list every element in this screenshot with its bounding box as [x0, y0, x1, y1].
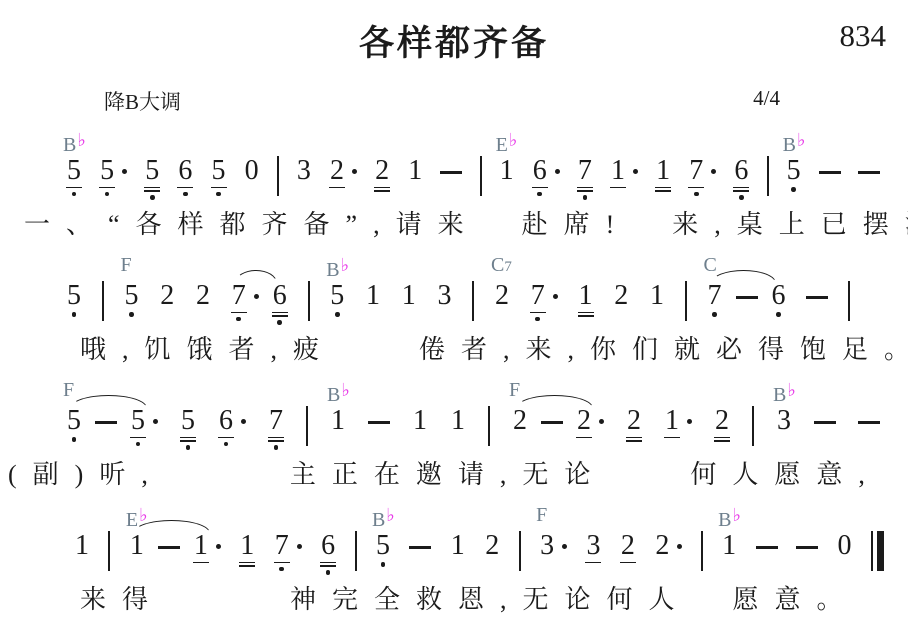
- chord-root: B: [63, 134, 76, 156]
- duration-underline: [268, 440, 284, 442]
- note-digit: 1: [665, 408, 679, 434]
- duration-dash: [819, 171, 841, 174]
- barline: [355, 531, 357, 571]
- duration-dash: [806, 296, 828, 299]
- note-stack: 6: [218, 408, 234, 446]
- note-stack: 7: [707, 283, 723, 317]
- note-digit: 5: [125, 283, 139, 309]
- note-digit: 1: [579, 283, 593, 309]
- augmentation-dot: [352, 169, 357, 174]
- note: 2: [620, 533, 636, 563]
- flat-icon: ♭: [77, 130, 86, 150]
- note-digit: 7: [232, 283, 246, 309]
- note-digit: 5: [67, 283, 81, 309]
- note-stack: 3: [437, 283, 453, 309]
- hymn-sheet-page: 各样都齐备 834 降B大调 4/4 B♭5556503221E♭1671176…: [0, 0, 908, 639]
- note-digit: 7: [689, 158, 703, 184]
- note-digit: 7: [269, 408, 283, 434]
- note-digit: 7: [578, 158, 592, 184]
- duration-dash: [736, 296, 758, 299]
- duration-dash: [158, 546, 180, 549]
- slur-group: F55: [66, 408, 158, 446]
- chord-symbol: B♭: [372, 505, 395, 530]
- low-octave-dot: [279, 567, 284, 572]
- duration-underline: [239, 565, 255, 567]
- duration-dash: [95, 421, 117, 424]
- note: 6: [771, 283, 787, 317]
- note-stack: 2: [576, 408, 592, 438]
- note-digit: 5: [145, 158, 159, 184]
- note-stack: 5: [375, 533, 391, 567]
- note: 1: [450, 408, 466, 434]
- duration-underline: [578, 315, 594, 317]
- low-octave-dot: [72, 192, 77, 197]
- augmentation-dot: [599, 419, 604, 424]
- note-digit: 1: [331, 408, 345, 434]
- note-digit: 3: [540, 533, 554, 559]
- note-digit: 3: [297, 158, 311, 184]
- chord-symbol: B♭: [63, 130, 86, 155]
- duration-underline: [268, 437, 284, 439]
- note: 3: [585, 533, 601, 563]
- note-digit: 2: [715, 408, 729, 434]
- note-stack: 1: [412, 408, 428, 434]
- augmentation-dot: [553, 294, 558, 299]
- duration-underline: [530, 312, 546, 314]
- note: 0: [836, 533, 852, 559]
- note-stack: 7: [577, 158, 593, 200]
- note: 1: [193, 533, 221, 563]
- duration-dash: [796, 546, 818, 549]
- barline: [306, 406, 308, 446]
- note-digit: 1: [413, 408, 427, 434]
- note-stack: 0: [244, 158, 260, 184]
- duration-underline: [664, 437, 680, 439]
- note: B♭5: [786, 158, 802, 192]
- final-barline: [871, 531, 884, 571]
- note: C7: [707, 283, 723, 317]
- note-stack: 1: [239, 533, 255, 567]
- duration-underline: [180, 437, 196, 439]
- low-octave-dot: [776, 312, 781, 317]
- note-digit: 6: [772, 283, 786, 309]
- hymn-number: 834: [840, 18, 887, 54]
- note-stack: 1: [129, 533, 145, 563]
- low-octave-dot: [326, 570, 331, 575]
- note-digit: 6: [273, 283, 287, 309]
- low-octave-dot: [129, 312, 134, 317]
- flat-icon: ♭: [509, 130, 518, 150]
- chord-symbol: B♭: [327, 380, 350, 405]
- note-digit: 0: [245, 158, 259, 184]
- note-digit: 1: [500, 158, 514, 184]
- chord-root: B: [718, 509, 731, 531]
- note: 6: [177, 158, 193, 196]
- note-stack: 3: [585, 533, 601, 563]
- barline: [277, 156, 279, 196]
- note: 1: [655, 158, 671, 192]
- duration-underline: [714, 440, 730, 442]
- chord-symbol: F: [121, 255, 132, 275]
- note-digit: 2: [375, 158, 389, 184]
- duration-underline: [688, 187, 704, 189]
- note: F2: [512, 408, 528, 438]
- note-stack: 2: [714, 408, 730, 442]
- note-stack: 6: [320, 533, 336, 575]
- note-digit: 2: [614, 283, 628, 309]
- note-digit: 5: [787, 158, 801, 184]
- low-octave-dot: [216, 192, 221, 197]
- barline: [767, 156, 769, 196]
- note-digit: 1: [240, 533, 254, 559]
- music-systems: B♭5556503221E♭1671176B♭5一、“各样都齐备”,请来 赴席!…: [0, 128, 908, 628]
- note-stack: 5: [144, 158, 160, 200]
- note-digit: 1: [656, 158, 670, 184]
- chord-root: F: [121, 254, 132, 276]
- note-stack: 1: [401, 283, 417, 309]
- flat-icon: ♭: [341, 255, 350, 275]
- chord-symbol: B♭: [326, 255, 349, 280]
- note: C72: [494, 283, 510, 309]
- page-title: 各样都齐备: [0, 16, 908, 66]
- barline: [752, 406, 754, 446]
- augmentation-dot: [122, 169, 127, 174]
- lyrics-row: 哦,饥饿者,疲 倦者,来,你们就必得饱足。: [80, 334, 908, 366]
- barline: [480, 156, 482, 196]
- note-stack: 5: [66, 283, 82, 317]
- duration-underline: [274, 562, 290, 564]
- duration-underline: [577, 190, 593, 192]
- note: 7: [688, 158, 716, 196]
- note: 5: [144, 158, 160, 200]
- note-digit: 3: [777, 408, 791, 434]
- note: B♭5: [375, 533, 391, 567]
- low-octave-dot: [535, 317, 540, 322]
- note-digit: 5: [67, 408, 81, 434]
- duration-dash: [440, 171, 462, 174]
- note-stack: 7: [231, 283, 247, 325]
- low-octave-dot: [105, 192, 110, 197]
- note: 2: [714, 408, 730, 442]
- duration-underline: [577, 187, 593, 189]
- duration-underline: [626, 437, 642, 439]
- note-digit: 1: [451, 408, 465, 434]
- note: 1: [407, 158, 423, 184]
- note-stack: 5: [66, 158, 82, 196]
- note-stack: 1: [499, 158, 515, 184]
- note: 5: [130, 408, 158, 446]
- barline: [701, 531, 703, 571]
- note-digit: 2: [513, 408, 527, 434]
- note-digit: 2: [160, 283, 174, 309]
- note-stack: 1: [450, 408, 466, 434]
- note: 5: [66, 283, 82, 317]
- flat-icon: ♭: [797, 130, 806, 150]
- barline: [488, 406, 490, 446]
- note-digit: 1: [408, 158, 422, 184]
- chord-root: C: [491, 254, 504, 276]
- augmentation-dot: [241, 419, 246, 424]
- note: 5: [99, 158, 127, 196]
- duration-underline: [193, 562, 209, 564]
- chord-root: E: [126, 509, 138, 531]
- note: 2: [374, 158, 390, 192]
- note-digit: 3: [438, 283, 452, 309]
- duration-underline: [714, 437, 730, 439]
- note-digit: 2: [577, 408, 591, 434]
- duration-underline: [626, 440, 642, 442]
- note: 1: [664, 408, 692, 438]
- duration-underline: [218, 437, 234, 439]
- note-digit: 2: [485, 533, 499, 559]
- note-digit: 1: [451, 533, 465, 559]
- augmentation-dot: [297, 544, 302, 549]
- note: F5: [124, 283, 140, 317]
- note-digit: 6: [321, 533, 335, 559]
- notation-row: 1E♭11176B♭512F3322B♭10: [74, 503, 884, 575]
- duration-underline: [130, 437, 146, 439]
- augmentation-dot: [153, 419, 158, 424]
- duration-underline: [239, 562, 255, 564]
- note: 6: [320, 533, 336, 575]
- note-stack: 5: [786, 158, 802, 192]
- note-digit: 7: [708, 283, 722, 309]
- note: 2: [613, 283, 629, 309]
- note-stack: 1: [365, 283, 381, 309]
- note: 2: [195, 283, 211, 309]
- low-octave-dot: [712, 312, 717, 317]
- low-octave-dot: [136, 442, 141, 447]
- duration-underline: [733, 187, 749, 189]
- note-digit: 7: [275, 533, 289, 559]
- chord-symbol: C: [704, 255, 717, 275]
- duration-dash: [368, 421, 390, 424]
- note-digit: 1: [722, 533, 736, 559]
- low-octave-dot: [224, 442, 229, 447]
- duration-dash: [858, 421, 880, 424]
- note-stack: 1: [330, 408, 346, 434]
- note-digit: 2: [330, 158, 344, 184]
- notation-row: 5F52276B♭5113C727121C76: [66, 253, 850, 325]
- note-digit: 2: [655, 533, 669, 559]
- note: B♭1: [330, 408, 346, 434]
- note-digit: 3: [586, 533, 600, 559]
- duration-dash: [541, 421, 563, 424]
- duration-underline: [99, 187, 115, 189]
- low-octave-dot: [381, 562, 386, 567]
- duration-underline: [585, 562, 601, 564]
- duration-dash: [814, 421, 836, 424]
- note-stack: 5: [130, 408, 146, 446]
- augmentation-dot: [677, 544, 682, 549]
- note: B♭5: [66, 158, 82, 196]
- note-stack: 6: [771, 283, 787, 317]
- chord-symbol: C7: [491, 255, 512, 277]
- note-digit: 6: [734, 158, 748, 184]
- flat-icon: ♭: [733, 505, 742, 525]
- barline: [472, 281, 474, 321]
- note: 2: [329, 158, 357, 188]
- duration-dash: [858, 171, 880, 174]
- chord-root: B: [773, 384, 786, 406]
- note-digit: 5: [330, 283, 344, 309]
- duration-underline: [180, 440, 196, 442]
- note-digit: 2: [627, 408, 641, 434]
- barline: [519, 531, 521, 571]
- note-stack: 1: [193, 533, 209, 563]
- notation-row: F55567B♭111F22212B♭3: [66, 378, 880, 450]
- chord-symbol: F: [63, 380, 74, 400]
- duration-underline: [66, 187, 82, 189]
- low-octave-dot: [739, 195, 744, 200]
- flat-icon: ♭: [341, 380, 350, 400]
- lyrics-row: 一、“各样都齐备”,请来 赴席! 来,桌上已摆满美物;: [24, 209, 908, 241]
- note-digit: 1: [402, 283, 416, 309]
- note-stack: 3: [776, 408, 792, 434]
- note-digit: 1: [130, 533, 144, 559]
- final-thick-line: [877, 531, 884, 571]
- note-digit: 6: [219, 408, 233, 434]
- slur-group: E♭11: [129, 533, 221, 563]
- augmentation-dot: [562, 544, 567, 549]
- note-stack: 2: [512, 408, 528, 438]
- chord-root: E: [496, 134, 508, 156]
- note: 5: [180, 408, 196, 450]
- note: 7: [530, 283, 558, 321]
- chord-root: C: [704, 254, 717, 276]
- note-stack: 2: [494, 283, 510, 309]
- chord-number: 7: [504, 259, 512, 275]
- final-thin-line: [871, 531, 873, 571]
- chord-symbol: B♭: [718, 505, 741, 530]
- note-stack: 1: [74, 533, 90, 559]
- system-line-2: 5F52276B♭5113C727121C76哦,饥饿者,疲 倦者,来,你们就必…: [0, 253, 908, 378]
- note-stack: 7: [268, 408, 284, 450]
- barline: [108, 531, 110, 571]
- note-stack: 2: [654, 533, 670, 559]
- note: 5: [211, 158, 227, 196]
- slur-group: C76: [707, 283, 787, 317]
- low-octave-dot: [335, 312, 340, 317]
- note: 1: [649, 283, 665, 309]
- note-stack: 1: [664, 408, 680, 438]
- note-digit: 5: [67, 158, 81, 184]
- chord-symbol: B♭: [773, 380, 796, 405]
- duration-underline: [144, 190, 160, 192]
- note-stack: 6: [177, 158, 193, 196]
- augmentation-dot: [687, 419, 692, 424]
- duration-underline: [329, 187, 345, 189]
- note-stack: 5: [124, 283, 140, 317]
- key-signature: 降B大调: [104, 86, 181, 116]
- note: B♭5: [329, 283, 345, 317]
- chord-root: B: [326, 259, 339, 281]
- note-stack: 5: [180, 408, 196, 450]
- note-stack: 2: [329, 158, 345, 188]
- augmentation-dot: [711, 169, 716, 174]
- low-octave-dot: [236, 317, 241, 322]
- duration-underline: [655, 190, 671, 192]
- note: B♭1: [721, 533, 737, 559]
- note: 7: [231, 283, 259, 325]
- note-digit: 7: [531, 283, 545, 309]
- note-digit: 6: [533, 158, 547, 184]
- note-digit: 1: [194, 533, 208, 559]
- low-octave-dot: [72, 312, 77, 317]
- chord-root: F: [63, 379, 74, 401]
- note-digit: 5: [181, 408, 195, 434]
- low-octave-dot: [183, 192, 188, 197]
- barline: [308, 281, 310, 321]
- slur-group: 76: [231, 283, 288, 325]
- duration-underline: [610, 187, 626, 189]
- augmentation-dot: [216, 544, 221, 549]
- note-stack: 0: [836, 533, 852, 559]
- note-stack: 5: [99, 158, 115, 196]
- note-stack: 2: [374, 158, 390, 192]
- note-stack: 6: [733, 158, 749, 200]
- note: 0: [244, 158, 260, 184]
- note: 1: [578, 283, 594, 317]
- note-stack: 5: [66, 408, 82, 446]
- note: 7: [274, 533, 302, 571]
- low-octave-dot: [537, 192, 542, 197]
- chord-root: F: [536, 504, 547, 526]
- system-line-3: F55567B♭111F22212B♭3(副)听, 主正在邀请,无论 何人愿意,: [0, 378, 908, 503]
- note-stack: 1: [610, 158, 626, 188]
- system-line-1: B♭5556503221E♭1671176B♭5一、“各样都齐备”,请来 赴席!…: [0, 128, 908, 253]
- time-signature: 4/4: [753, 86, 780, 111]
- notation-row: B♭5556503221E♭1671176B♭5: [66, 128, 880, 200]
- note-digit: 5: [376, 533, 390, 559]
- note-digit: 1: [650, 283, 664, 309]
- note-stack: 6: [272, 283, 288, 325]
- barline: [685, 281, 687, 321]
- chord-symbol: E♭: [126, 505, 148, 530]
- duration-underline: [272, 312, 288, 314]
- note-stack: 1: [721, 533, 737, 559]
- low-octave-dot: [791, 187, 796, 192]
- note: 6: [733, 158, 749, 200]
- duration-underline: [578, 312, 594, 314]
- note-digit: 1: [75, 533, 89, 559]
- duration-underline: [320, 562, 336, 564]
- note: 6: [218, 408, 246, 446]
- duration-underline: [231, 312, 247, 314]
- duration-underline: [272, 315, 288, 317]
- note-digit: 5: [131, 408, 145, 434]
- barline: [102, 281, 104, 321]
- note: 7: [268, 408, 284, 450]
- flat-icon: ♭: [787, 380, 796, 400]
- low-octave-dot: [694, 192, 699, 197]
- note-stack: 5: [211, 158, 227, 196]
- duration-underline: [144, 187, 160, 189]
- note: 6: [272, 283, 288, 325]
- note-digit: 0: [837, 533, 851, 559]
- note: 2: [159, 283, 175, 309]
- augmentation-dot: [555, 169, 560, 174]
- duration-underline: [320, 565, 336, 567]
- low-octave-dot: [186, 445, 191, 450]
- chord-symbol: B♭: [783, 130, 806, 155]
- note-stack: 7: [274, 533, 290, 571]
- low-octave-dot: [274, 445, 279, 450]
- note: E♭1: [499, 158, 515, 184]
- augmentation-dot: [254, 294, 259, 299]
- duration-dash: [409, 546, 431, 549]
- duration-underline: [532, 187, 548, 189]
